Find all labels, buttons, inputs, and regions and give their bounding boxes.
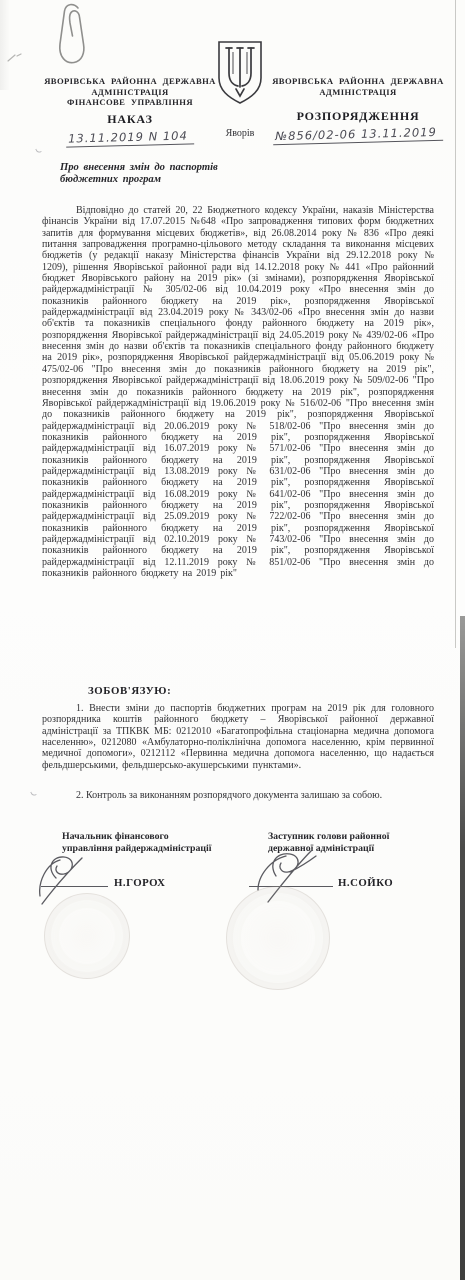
scan-speck — [30, 790, 36, 796]
org-name-line: АДМІНІСТРАЦІЯ — [28, 87, 232, 98]
org-name-line: ЯВОРІВСЬКА РАЙОННА ДЕРЖАВНА — [258, 76, 458, 87]
signer-title-line: Начальник фінансового — [62, 831, 242, 843]
header-right-block: ЯВОРІВСЬКА РАЙОННА ДЕРЖАВНА АДМІНІСТРАЦІ… — [258, 76, 458, 143]
order-item-2: 2. Контроль за виконанням розпорядчого д… — [42, 790, 434, 801]
round-stamp — [226, 886, 330, 990]
scan-corner-shadow — [0, 0, 10, 90]
org-name-line: ФІНАНСОВЕ УПРАВЛІННЯ — [28, 97, 232, 108]
org-name-line: ЯВОРІВСЬКА РАЙОННА ДЕРЖАВНА — [28, 76, 232, 87]
signature-line — [41, 886, 108, 887]
signer-name-left: Н.ГОРОХ — [114, 877, 165, 889]
order-heading: ЗОБОВ'ЯЗУЮ: — [88, 685, 171, 697]
org-name-line: АДМІНІСТРАЦІЯ — [258, 87, 458, 98]
paperclip-icon — [50, 2, 120, 70]
signer-name-right: Н.СОЙКО — [338, 877, 393, 889]
handwritten-date-number: 13.11.2019 N 104 — [28, 127, 232, 148]
order-item-1: 1. Внести зміни до паспортів бюджетних п… — [42, 703, 434, 771]
preamble-paragraph: Відповідно до статей 20, 22 Бюджетного к… — [42, 205, 434, 579]
handwritten-date-number: №856/02-06 13.11.2019 — [258, 125, 458, 146]
document-type-label: НАКАЗ — [28, 112, 232, 127]
document-subject: Про внесення змін до паспортів бюджетних… — [60, 162, 310, 186]
place-name: Яворів — [205, 128, 275, 139]
subject-line: Про внесення змін до паспортів — [60, 162, 310, 174]
signer-title-line: Заступник голови районної — [268, 831, 438, 843]
header-left-block: ЯВОРІВСЬКА РАЙОННА ДЕРЖАВНА АДМІНІСТРАЦІ… — [28, 76, 232, 146]
round-stamp — [44, 893, 130, 979]
scan-edge-shadow — [460, 616, 465, 1280]
document-type-label: РОЗПОРЯДЖЕННЯ — [258, 109, 458, 124]
subject-line: бюджетних програм — [60, 174, 310, 186]
scanned-document-page: ЯВОРІВСЬКА РАЙОННА ДЕРЖАВНА АДМІНІСТРАЦІ… — [0, 0, 465, 1280]
